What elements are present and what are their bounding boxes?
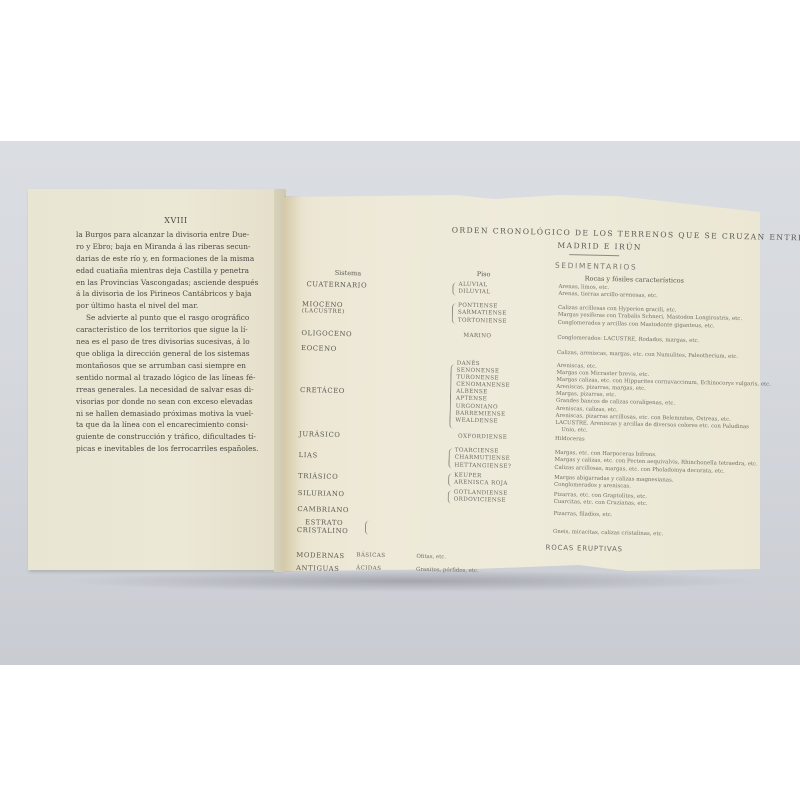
sistema-cell: TRIÁSICO	[298, 472, 338, 481]
piso-cell: KEUPERARENISCA ROJA	[454, 473, 508, 489]
sistema-sub: CRISTALINO	[297, 526, 349, 535]
brace	[448, 473, 453, 486]
sistema-cell: CAMBRIANO	[297, 505, 349, 514]
rocas-cell: Calizas arcillosas con Hyperion gracili,…	[558, 305, 743, 331]
rocas-cell: Margas abigarradas y calizas magnesianas…	[554, 475, 674, 493]
piso-cell: GOTLANDIENSEORDOVICIENSE	[454, 490, 508, 506]
piso-cell: BÁSICAS	[356, 552, 385, 560]
piso-cell: PONTIENSESARMATIENSETORTONIENSE	[458, 303, 508, 326]
sistema-cell: ANTIGUAS	[296, 564, 340, 573]
text-line: rreas generales. La necesidad de salvar …	[76, 384, 276, 396]
text-line: ni se hallen demasiado próximas motiva l…	[76, 408, 276, 420]
section-sedimentarios: SEDIMENTARIOS	[555, 261, 638, 272]
text-line: guiente de construcción y tráfico, dific…	[76, 431, 276, 443]
paragraph-2: Se advierte al punto que el rasgo orográ…	[76, 312, 276, 455]
text-line: montañosos que se arrumban casi siempre …	[76, 360, 276, 372]
sistema-cell: CUATERNARIO	[306, 280, 367, 289]
rocas-cell: Ofitas, etc.	[416, 554, 446, 562]
text-line: visorias por donde no sean con exceso el…	[76, 396, 276, 408]
text-line: darias de este río y, en formaciones de …	[76, 253, 276, 265]
sistema-cell: MODERNAS	[296, 551, 345, 560]
sistema-cell: CRETÁCEO	[300, 386, 345, 395]
sistema-cell: JURÁSICO	[299, 430, 341, 439]
text-line: edad cuatiaña mientras deja Castilla y p…	[76, 265, 276, 277]
piso-cell: OXFORDIENSE	[458, 434, 507, 443]
paragraph-1: la Burgos para alcanzar la divisoria ent…	[76, 229, 276, 312]
rocas-cell: Pizarras, etc. con Graptolites, etc.Cuar…	[554, 492, 648, 509]
header-sistema: Sistema	[335, 269, 362, 278]
brace	[448, 490, 453, 503]
piso-cell: DANÉSSENONENSETURONENSE CENOMANENSEALBEN…	[455, 361, 510, 426]
brace	[452, 282, 457, 295]
text-line: sentido normal al trazado lógico de las …	[76, 372, 276, 384]
page-number: XVIII	[76, 215, 276, 227]
brace	[448, 448, 453, 468]
text-line: ro y Ebro; baja en Miranda á las riberas…	[76, 241, 276, 253]
text-line: la Burgos para alcanzar la divisoria ent…	[76, 229, 276, 241]
text-line: á la divisoria de los Pirineos Cantábric…	[76, 288, 276, 300]
piso-cell: MARINO	[463, 333, 491, 341]
piso-cell: ALUVIALDILUVIAL	[458, 282, 490, 298]
piso-cell: TOARCIENSECHARMUTIENSEHETTANGIENSE?	[454, 448, 511, 472]
sistema-sub: (LACUSTRE)	[302, 308, 345, 315]
rocas-cell: Margas, etc. con Harpoceras bifrons.Marg…	[554, 450, 758, 477]
rocas-cell: Granitos, pórfidos, etc.	[416, 567, 479, 576]
rocas-cell: Pizarras, filadios, etc.	[553, 511, 612, 520]
text-line: característico de los territorios que si…	[76, 324, 276, 336]
brace	[365, 521, 370, 535]
rocas-cell: Areniscas, etc.Margas con Micraster brev…	[555, 363, 771, 439]
sistema-cell: SILURIANO	[298, 489, 345, 498]
book-shadow	[60, 570, 760, 592]
rocas-cell: Hildoceras	[555, 436, 585, 444]
text-line: que obliga la dirección general de los s…	[76, 348, 276, 360]
brace	[452, 303, 457, 323]
table-title-line2: MADRID E IRÚN	[557, 241, 642, 252]
text-line: por último hasta el nivel del mar.	[76, 300, 276, 312]
text-line: nea es el paso de tres divisorias sucesi…	[76, 336, 276, 348]
sistema-cell: LIAS	[299, 451, 318, 459]
text-line: ta que da la línea con el encarecimiento…	[76, 419, 276, 431]
text-line: Se advierte al punto que el rasgo orográ…	[76, 312, 276, 324]
sistema-cell: OLIGOCENO	[301, 329, 352, 338]
section-rocas-eruptivas: ROCAS ERUPTIVAS	[545, 544, 622, 554]
left-page-text: XVIII la Burgos para alcanzar la divisor…	[76, 215, 276, 455]
spine-shadow	[284, 196, 302, 572]
text-line: en las Provincias Vascongadas; asciende …	[76, 277, 276, 289]
text-line: picas e inevitables de los ferrocarriles…	[76, 443, 276, 455]
piso-cell: ÁCIDAS	[356, 565, 381, 573]
rocas-cell: Arenas, limos, etc.Arenas, tierras arcil…	[558, 284, 658, 301]
header-piso: Piso	[477, 270, 491, 278]
sistema-cell: EOCENO	[301, 344, 337, 353]
